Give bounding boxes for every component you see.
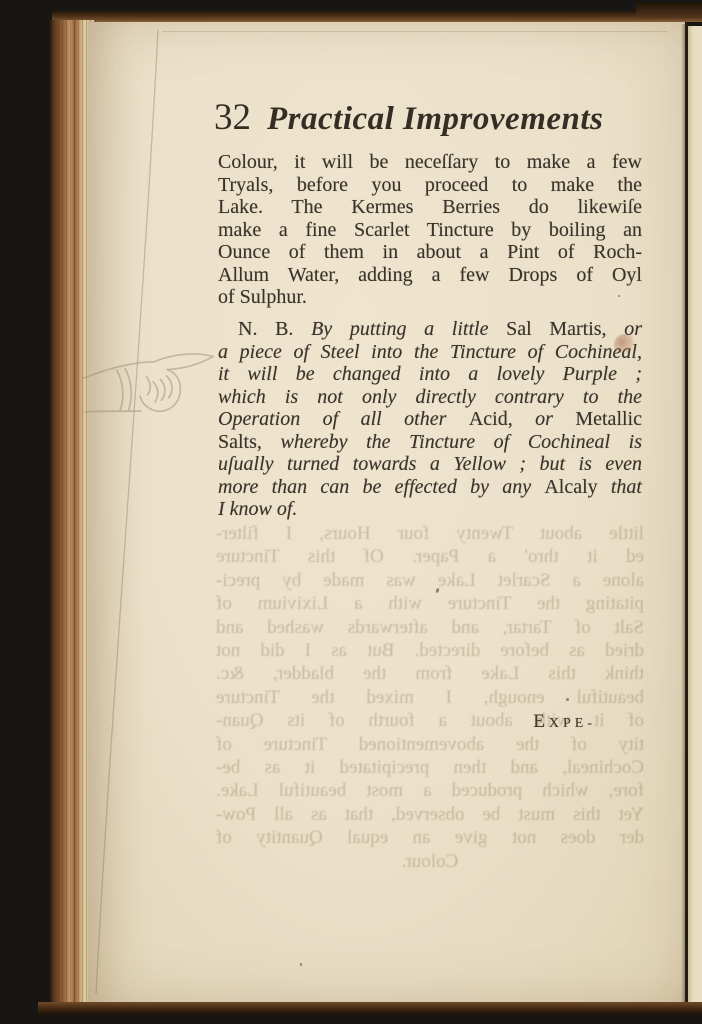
- showthrough-line: tity of the abovementioned Tincture of: [216, 733, 644, 756]
- ink-speck: [566, 698, 569, 701]
- showthrough-line: Colour.: [216, 850, 644, 873]
- text-line: Lake. The Kermes Berries do likewiſe: [218, 196, 642, 219]
- text-line: uſually turned towards a Yellow ; but is…: [218, 453, 642, 476]
- text-line: which is not only directly contrary to t…: [218, 386, 642, 409]
- book-top-edge: [52, 11, 702, 22]
- text-line: Ounce of them in about a Pint of Roch-: [218, 241, 642, 264]
- catchword: Expe-: [218, 711, 642, 733]
- paragraph-continuation: Colour, it will be neceſſary to make a f…: [218, 151, 642, 309]
- text-line: it will be changed into a lovely Purple …: [218, 363, 642, 386]
- showthrough-line: der does not give an equal Quantity of: [216, 826, 644, 849]
- text-line: N. B. By putting a little Sal Martis, or: [218, 318, 642, 341]
- text-line: Colour, it will be neceſſary to make a f…: [218, 151, 642, 174]
- pointing-hand-icon: [80, 346, 222, 438]
- running-title: Practical Improvements: [267, 99, 603, 139]
- text-line: I know of.: [218, 498, 642, 521]
- book-top-right-edge: [636, 2, 702, 18]
- text-line: Operation of all other Acid, or Metallic: [218, 408, 642, 431]
- text-line: Salts, whereby the Tincture of Cochineal…: [218, 431, 642, 454]
- paragraph-nota-bene: N. B. By putting a little Sal Martis, or…: [218, 318, 642, 521]
- page-impression-line: [162, 31, 667, 32]
- showthrough-line: think this Lake from the bladder, &c.: [216, 662, 644, 685]
- text-line: of Sulphur.: [218, 286, 642, 309]
- text-line: a piece of Steel into the Tincture of Co…: [218, 341, 642, 364]
- text-line: make a fine Scarlet Tincture by boiling …: [218, 219, 642, 242]
- book-bottom-edge: [38, 1002, 702, 1015]
- showthrough-line: alone a Scarlet Lake was made by preci-: [216, 569, 644, 592]
- showthrough-line: beautiful enough, I mixed the Tincture: [216, 686, 644, 709]
- text-line: Allum Water, adding a few Drops of Oyl: [218, 264, 642, 287]
- rust-stain: [614, 334, 634, 354]
- showthrough-line: Yet this must be observed, that as all P…: [216, 803, 644, 826]
- showthrough-line: little about Twenty four Hours, I filter…: [216, 522, 644, 545]
- ink-speck: [300, 963, 302, 966]
- adjacent-page-edge: [688, 26, 702, 1006]
- showthrough-line: Cochineal, and then precipitated it as b…: [216, 756, 644, 779]
- showthrough-line: dried as before directed. But as I did n…: [216, 639, 644, 662]
- showthrough-line: pitating the Tincture with a Lixivium of: [216, 592, 644, 615]
- page-number: 32: [214, 98, 251, 138]
- text-line: more than can be effected by any Alcaly …: [218, 476, 642, 499]
- photo-background: 32 Practical Improvements Colour, it wil…: [0, 0, 702, 1024]
- page-header: 32 Practical Improvements: [214, 98, 654, 139]
- ink-speck: [618, 295, 620, 297]
- text-line: Tryals, before you proceed to make the: [218, 174, 642, 197]
- book-page: 32 Practical Improvements Colour, it wil…: [88, 22, 685, 1002]
- verso-showthrough-text: little about Twenty four Hours, I filter…: [216, 522, 644, 873]
- showthrough-line: ed it thro' a Paper. Of this Tincture: [216, 545, 644, 568]
- showthrough-line: fore, which produced a most beautiful La…: [216, 779, 644, 802]
- showthrough-line: Salt of Tartar, and afterwards washed an…: [216, 616, 644, 639]
